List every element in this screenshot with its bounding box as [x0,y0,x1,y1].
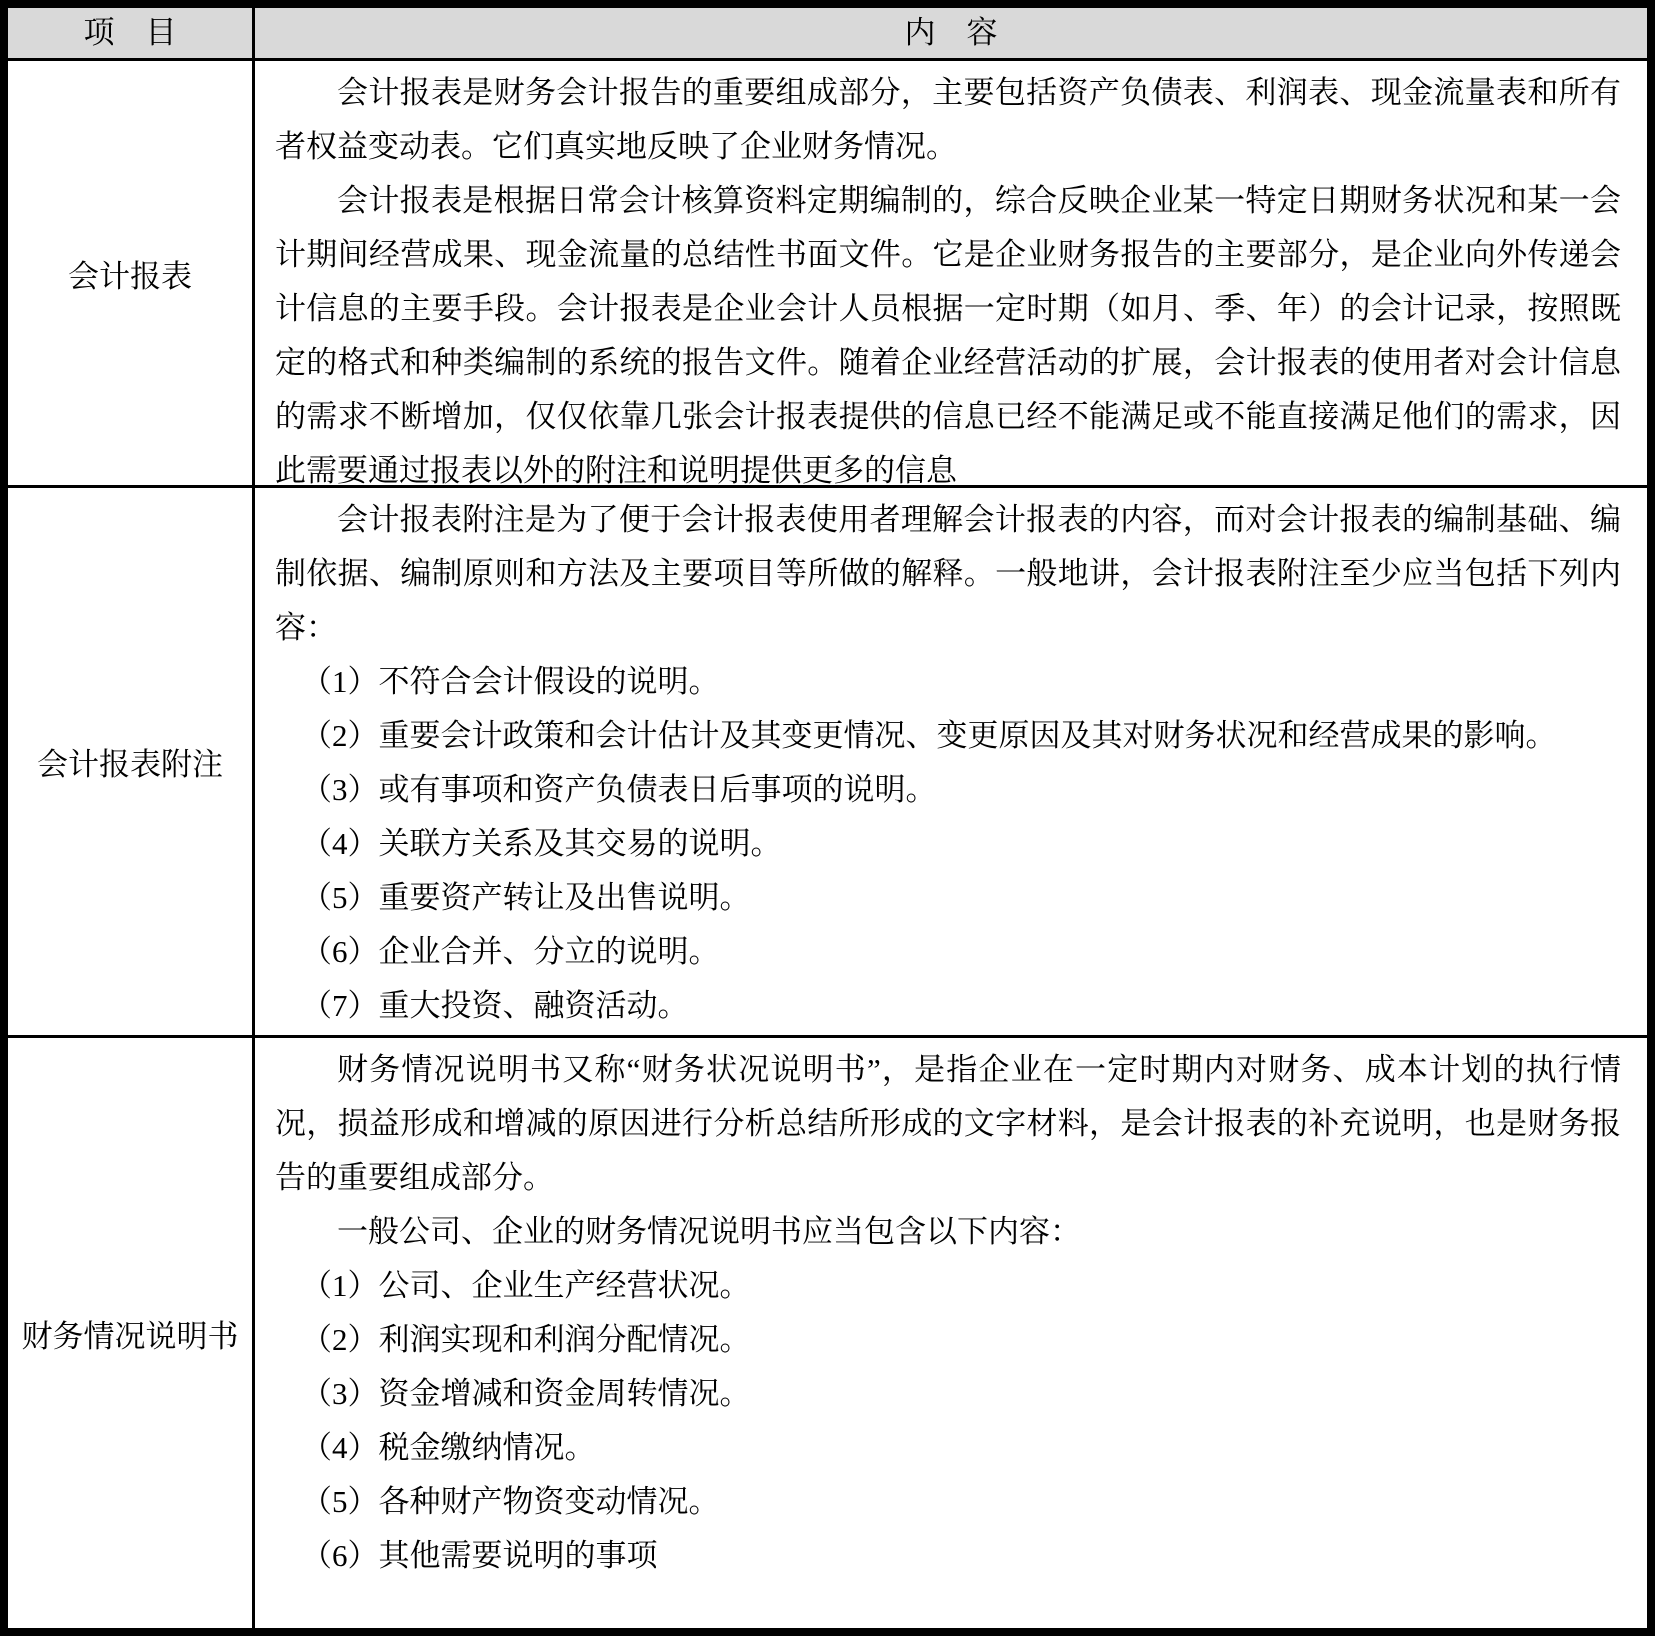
paragraph: 财务情况说明书又称“财务状况说明书”，是指企业在一定时期内对财务、成本计划的执行… [275,1043,1621,1205]
list-item: （5）各种财产物资变动情况。 [275,1475,1621,1529]
header-cell-item: 项 目 [8,8,255,58]
list-item: （4）关联方关系及其交易的说明。 [275,817,1621,871]
row-content-accounting-statements: 会计报表是财务会计报告的重要组成部分，主要包括资产负债表、利润表、现金流量表和所… [255,61,1647,485]
table-row-accounting-statements: 会计报表 会计报表是财务会计报告的重要组成部分，主要包括资产负债表、利润表、现金… [8,58,1647,485]
row-label-statement-notes: 会计报表附注 [8,488,255,1035]
paragraph: 一般公司、企业的财务情况说明书应当包含以下内容： [275,1205,1621,1259]
table-row-statement-notes: 会计报表附注 会计报表附注是为了便于会计报表使用者理解会计报表的内容，而对会计报… [8,485,1647,1035]
list-item: （5）重要资产转让及出售说明。 [275,871,1621,925]
list-item: （3）资金增减和资金周转情况。 [275,1367,1621,1421]
row-label-accounting-statements: 会计报表 [8,61,255,485]
list-item: （2）重要会计政策和会计估计及其变更情况、变更原因及其对财务状况和经营成果的影响… [275,709,1621,763]
list-item: （4）税金缴纳情况。 [275,1421,1621,1475]
list-item: （1）不符合会计假设的说明。 [275,655,1621,709]
paragraph: 会计报表附注是为了便于会计报表使用者理解会计报表的内容，而对会计报表的编制基础、… [275,493,1621,655]
list-item: （6）其他需要说明的事项 [275,1529,1621,1583]
list-item: （1）公司、企业生产经营状况。 [275,1259,1621,1313]
row-label-financial-condition-statement: 财务情况说明书 [8,1038,255,1628]
table-row-financial-condition-statement: 财务情况说明书 财务情况说明书又称“财务状况说明书”，是指企业在一定时期内对财务… [8,1035,1647,1628]
paragraph: 会计报表是根据日常会计核算资料定期编制的，综合反映企业某一特定日期财务状况和某一… [275,174,1621,485]
row-content-financial-condition-statement: 财务情况说明书又称“财务状况说明书”，是指企业在一定时期内对财务、成本计划的执行… [255,1038,1647,1628]
header-cell-content: 内 容 [255,8,1647,58]
paragraph: 会计报表是财务会计报告的重要组成部分，主要包括资产负债表、利润表、现金流量表和所… [275,66,1621,174]
list-item: （7）重大投资、融资活动。 [275,979,1621,1033]
list-item: （6）企业合并、分立的说明。 [275,925,1621,979]
accounting-report-components-table: 项 目 内 容 会计报表 会计报表是财务会计报告的重要组成部分，主要包括资产负债… [0,0,1655,1636]
row-content-statement-notes: 会计报表附注是为了便于会计报表使用者理解会计报表的内容，而对会计报表的编制基础、… [255,488,1647,1035]
table-header-row: 项 目 内 容 [8,8,1647,58]
list-item: （3）或有事项和资产负债表日后事项的说明。 [275,763,1621,817]
list-item: （2）利润实现和利润分配情况。 [275,1313,1621,1367]
